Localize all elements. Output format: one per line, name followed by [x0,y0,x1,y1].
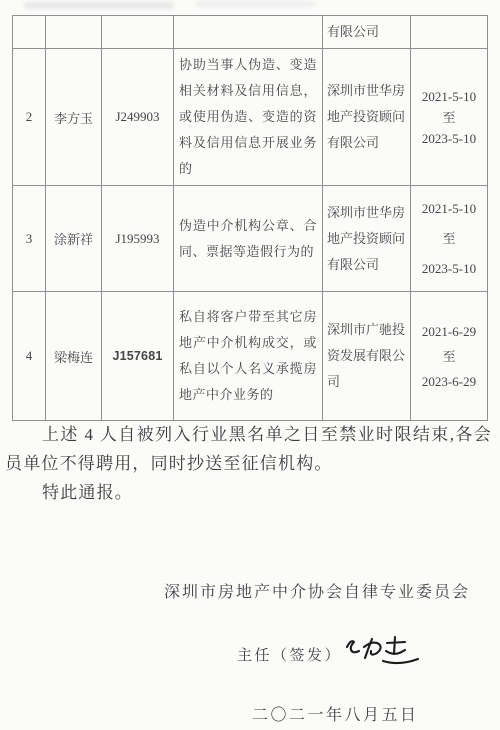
blacklist-table: 有限公司 2 李方玉 J249903 协助当事人伪造、变造相关材料及信用信息，或… [12,15,488,421]
notice-paragraph: 上述 4 人自被列入行业黑名单之日至禁业时限结束,各会员单位不得聘用，同时抄送至… [5,420,492,478]
cell-ban-period: 2021-6-29 至 2023-6-29 [411,292,488,421]
period-end: 2023-5-10 [411,128,487,149]
cell-violation: 私自将客户带至其它房地产中介机构成交，或私自以个人名义承揽房地产中介业务的 [174,292,323,421]
cell-company: 深圳市广驰投资发展有限公司 [323,292,411,421]
notice-closing: 特此通报。 [5,478,492,507]
document-page: 有限公司 2 李方玉 J249903 协助当事人伪造、变造相关材料及信用信息，或… [0,0,500,730]
cell-name [46,16,102,49]
cell-index: 3 [13,186,46,292]
cell-ban-period: 2021-5-10 至 2023-5-10 [411,186,488,292]
committee-name: 深圳市房地产中介协会自律专业委员会 [164,579,470,602]
cell-cert-no: J249903 [102,49,174,186]
period-to: 至 [411,107,487,128]
cell-ban-period: 2021-5-10 至 2023-5-10 [411,49,488,186]
period-end: 2023-5-10 [411,254,487,284]
cell-company: 有限公司 [323,16,411,49]
cell-cert-no: J195993 [102,186,174,292]
period-to: 至 [411,224,487,254]
period-to: 至 [411,344,487,369]
notice-body: 上述 4 人自被列入行业黑名单之日至禁业时限结束,各会员单位不得聘用，同时抄送至… [5,420,492,507]
cell-cert-no [102,16,174,49]
table-row-partial: 有限公司 [13,16,488,49]
cell-index [13,16,46,49]
cell-name: 李方玉 [46,49,102,186]
cell-company: 深圳市世华房地产投资顾问有限公司 [323,186,411,292]
scan-artifact-smudge [195,1,315,7]
cell-name: 梁梅连 [46,292,102,421]
period-end: 2023-6-29 [411,369,487,394]
signature-handwriting [341,630,425,679]
cell-index: 4 [13,292,46,421]
cell-index: 2 [13,49,46,186]
period-start: 2021-5-10 [411,194,487,224]
document-date: 二〇二一年八月五日 [252,702,419,725]
table-row: 2 李方玉 J249903 协助当事人伪造、变造相关材料及信用信息，或使用伪造、… [13,49,488,186]
cell-violation: 伪造中介机构公章、合同、票据等造假行为的 [174,186,323,292]
table-row: 4 梁梅连 J157681 私自将客户带至其它房地产中介机构成交，或私自以个人名… [13,292,488,421]
cell-violation [174,16,323,49]
signer-label: 主任（签发） [237,644,342,665]
cell-violation: 协助当事人伪造、变造相关材料及信用信息，或使用伪造、变造的资料及信用信息开展业务… [174,49,323,186]
cell-ban-period [411,16,488,49]
period-start: 2021-6-29 [411,319,487,344]
signature-scribble-icon [341,630,425,674]
scan-artifact-smudge [24,2,174,9]
table-row: 3 涂新祥 J195993 伪造中介机构公章、合同、票据等造假行为的 深圳市世华… [13,186,488,292]
cell-name: 涂新祥 [46,186,102,292]
period-start: 2021-5-10 [411,86,487,107]
cell-cert-no: J157681 [102,292,174,421]
cell-company: 深圳市世华房地产投资顾问有限公司 [323,49,411,186]
